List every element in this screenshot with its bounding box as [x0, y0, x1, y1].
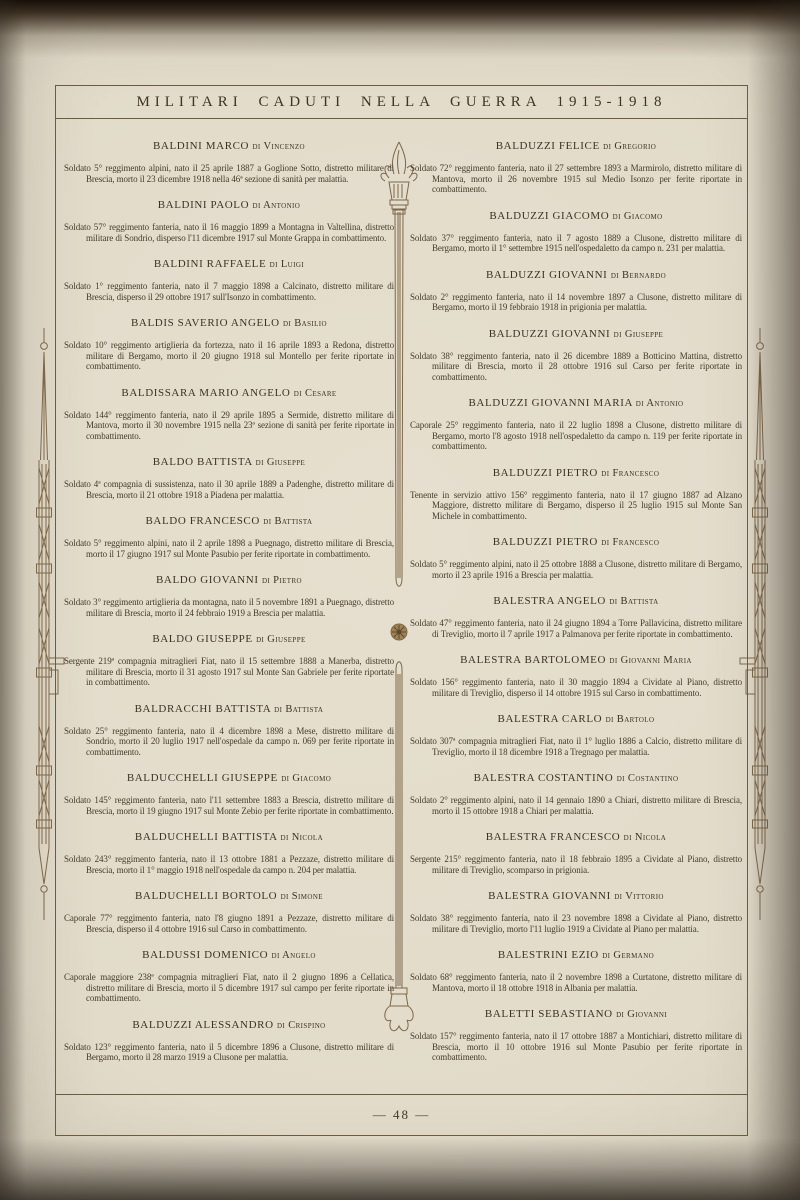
casualty-name-heading: BALDINI PAOLO di Antonio — [64, 199, 394, 211]
casualty-name-heading: BALESTRA CARLO di Bartolo — [410, 713, 742, 725]
casualty-details: Soldato 243° reggimento fanteria, nato i… — [64, 854, 394, 875]
casualty-name-heading: BALDUZZI GIOVANNI di Bernardo — [410, 269, 742, 281]
page-number: — 48 — — [373, 1107, 431, 1123]
casualty-details: Soldato 144° reggimento fanteria, nato i… — [64, 410, 394, 442]
casualty-entry: BALDINI RAFFAELE di Luigi Soldato 1° reg… — [64, 258, 394, 302]
casualty-entry: BALDO FRANCESCO di Battista Soldato 5° r… — [64, 515, 394, 559]
casualty-name-heading: BALDO GIOVANNI di Pietro — [64, 574, 394, 586]
casualty-surname-firstname: BALDUZZI GIOVANNI — [486, 269, 608, 281]
casualty-entry: BALESTRA CARLO di Bartolo Soldato 307ª c… — [410, 713, 742, 757]
casualty-patronymic: di Pietro — [262, 575, 302, 586]
casualty-details: Sergente 215° reggimento fanteria, nato … — [410, 854, 742, 875]
casualty-surname-firstname: BALESTRA FRANCESCO — [486, 831, 621, 843]
casualty-name-heading: BALDIS SAVERIO ANGELO di Basilio — [64, 317, 394, 329]
casualty-patronymic: di Simone — [281, 891, 323, 902]
casualty-surname-firstname: BALDUSSI DOMENICO — [142, 949, 268, 961]
column-right: BALDUZZI FELICE di Gregorio Soldato 72° … — [410, 140, 742, 1078]
casualty-name-heading: BALDUZZI FELICE di Gregorio — [410, 140, 742, 152]
casualty-surname-firstname: BALESTRA CARLO — [498, 713, 603, 725]
casualty-surname-firstname: BALDO GIUSEPPE — [152, 633, 252, 645]
casualty-details: Caporale 25° reggimento fanteria, nato i… — [410, 420, 742, 452]
casualty-list: BALDINI MARCO di Vincenzo Soldato 5° reg… — [56, 132, 747, 1090]
casualty-name-heading: BALETTI SEBASTIANO di Giovanni — [410, 1008, 742, 1020]
casualty-entry: BALESTRA GIOVANNI di Vittorio Soldato 38… — [410, 890, 742, 934]
casualty-surname-firstname: BALDUZZI FELICE — [496, 140, 600, 152]
casualty-surname-firstname: BALDINI RAFFAELE — [154, 258, 266, 270]
casualty-details: Soldato 68° reggimento fanteria, nato il… — [410, 972, 742, 993]
casualty-surname-firstname: BALDISSARA MARIO ANGELO — [121, 387, 290, 399]
casualty-details: Soldato 37° reggimento fanteria, nato il… — [410, 233, 742, 254]
casualty-details: Soldato 47° reggimento fanteria, nato il… — [410, 618, 742, 639]
casualty-details: Soldato 145° reggimento fanteria, nato l… — [64, 795, 394, 816]
casualty-patronymic: di Bernardo — [611, 270, 666, 281]
casualty-patronymic: di Giuseppe — [256, 634, 306, 645]
casualty-patronymic: di Crispino — [277, 1020, 326, 1031]
casualty-entry: BALDUSSI DOMENICO di Angelo Caporale mag… — [64, 949, 394, 1004]
casualty-surname-firstname: BALDO BATTISTA — [153, 456, 253, 468]
casualty-name-heading: BALDO BATTISTA di Giuseppe — [64, 456, 394, 468]
casualty-name-heading: BALDUSSI DOMENICO di Angelo — [64, 949, 394, 961]
casualty-details: Soldato 156° reggimento fanteria, nato i… — [410, 677, 742, 698]
casualty-surname-firstname: BALDO FRANCESCO — [145, 515, 259, 527]
casualty-patronymic: di Nicola — [624, 832, 667, 843]
casualty-surname-firstname: BALDIS SAVERIO ANGELO — [131, 317, 280, 329]
casualty-patronymic: di Vincenzo — [252, 141, 305, 152]
casualty-entry: BALDUZZI PIETRO di Francesco Tenente in … — [410, 467, 742, 522]
casualty-entry: BALDO GIUSEPPE di Giuseppe Sergente 219ª… — [64, 633, 394, 688]
casualty-details: Soldato 2° reggimento alpini, nato il 14… — [410, 795, 742, 816]
casualty-details: Soldato 157° reggimento fanteria, nato i… — [410, 1031, 742, 1063]
casualty-name-heading: BALESTRA FRANCESCO di Nicola — [410, 831, 742, 843]
casualty-patronymic: di Giuseppe — [614, 329, 664, 340]
casualty-entry: BALESTRINI EZIO di Germano Soldato 68° r… — [410, 949, 742, 993]
casualty-entry: BALDIS SAVERIO ANGELO di Basilio Soldato… — [64, 317, 394, 372]
casualty-name-heading: BALDO GIUSEPPE di Giuseppe — [64, 633, 394, 645]
casualty-details: Tenente in servizio attivo 156° reggimen… — [410, 490, 742, 522]
casualty-entry: BALDINI PAOLO di Antonio Soldato 57° reg… — [64, 199, 394, 243]
casualty-surname-firstname: BALDUCCHELLI GIUSEPPE — [127, 772, 278, 784]
casualty-patronymic: di Gregorio — [603, 141, 656, 152]
casualty-name-heading: BALESTRINI EZIO di Germano — [410, 949, 742, 961]
casualty-patronymic: di Antonio — [253, 200, 301, 211]
casualty-name-heading: BALDO FRANCESCO di Battista — [64, 515, 394, 527]
casualty-patronymic: di Francesco — [601, 537, 659, 548]
casualty-patronymic: di Basilio — [283, 318, 327, 329]
casualty-entry: BALDINI MARCO di Vincenzo Soldato 5° reg… — [64, 140, 394, 184]
casualty-name-heading: BALDUZZI GIOVANNI di Giuseppe — [410, 328, 742, 340]
casualty-name-heading: BALDISSARA MARIO ANGELO di Cesare — [64, 387, 394, 399]
casualty-name-heading: BALDUCHELLI BATTISTA di Nicola — [64, 831, 394, 843]
casualty-surname-firstname: BALESTRA COSTANTINO — [474, 772, 614, 784]
casualty-name-heading: BALESTRA ANGELO di Battista — [410, 595, 742, 607]
casualty-name-heading: BALESTRA GIOVANNI di Vittorio — [410, 890, 742, 902]
casualty-details: Soldato 57° reggimento fanteria, nato il… — [64, 222, 394, 243]
casualty-entry: BALESTRA BARTOLOMEO di Giovanni Maria So… — [410, 654, 742, 698]
casualty-entry: BALESTRA FRANCESCO di Nicola Sergente 21… — [410, 831, 742, 875]
casualty-entry: BALDUCCHELLI GIUSEPPE di Giacomo Soldato… — [64, 772, 394, 816]
casualty-surname-firstname: BALDO GIOVANNI — [156, 574, 259, 586]
casualty-name-heading: BALDUZZI ALESSANDRO di Crispino — [64, 1019, 394, 1031]
casualty-entry: BALDUZZI GIOVANNI MARIA di Antonio Capor… — [410, 397, 742, 452]
casualty-details: Soldato 5° reggimento alpini, nato il 2 … — [64, 538, 394, 559]
casualty-surname-firstname: BALDRACCHI BATTISTA — [135, 703, 271, 715]
page-frame: MILITARI CADUTI NELLA GUERRA 1915-1918 B… — [55, 85, 748, 1136]
casualty-patronymic: di Angelo — [272, 950, 316, 961]
casualty-name-heading: BALDINI RAFFAELE di Luigi — [64, 258, 394, 270]
casualty-entry: BALDUZZI GIACOMO di Giacomo Soldato 37° … — [410, 210, 742, 254]
casualty-surname-firstname: BALDUZZI ALESSANDRO — [132, 1019, 273, 1031]
casualty-name-heading: BALDRACCHI BATTISTA di Battista — [64, 703, 394, 715]
casualty-surname-firstname: BALDUZZI GIOVANNI — [489, 328, 611, 340]
casualty-surname-firstname: BALDUCHELLI BATTISTA — [135, 831, 277, 843]
casualty-patronymic: di Battista — [263, 516, 312, 527]
casualty-entry: BALESTRA ANGELO di Battista Soldato 47° … — [410, 595, 742, 639]
casualty-details: Soldato 72° reggimento fanteria, nato il… — [410, 163, 742, 195]
casualty-details: Sergente 219ª compagnia mitraglieri Fiat… — [64, 656, 394, 688]
casualty-details: Soldato 123° reggimento fanteria, nato i… — [64, 1042, 394, 1063]
casualty-patronymic: di Vittorio — [614, 891, 664, 902]
casualty-patronymic: di Battista — [274, 704, 323, 715]
page-footer: — 48 — — [56, 1094, 747, 1135]
casualty-details: Soldato 38° reggimento fanteria, nato il… — [410, 913, 742, 934]
casualty-name-heading: BALESTRA BARTOLOMEO di Giovanni Maria — [410, 654, 742, 666]
casualty-patronymic: di Cesare — [294, 388, 337, 399]
casualty-entry: BALDO GIOVANNI di Pietro Soldato 3° regg… — [64, 574, 394, 618]
casualty-surname-firstname: BALDUZZI PIETRO — [493, 467, 598, 479]
casualty-patronymic: di Giovanni — [616, 1009, 667, 1020]
casualty-entry: BALDUZZI GIOVANNI di Giuseppe Soldato 38… — [410, 328, 742, 383]
column-left: BALDINI MARCO di Vincenzo Soldato 5° reg… — [64, 140, 394, 1078]
casualty-details: Soldato 25° reggimento fanteria, nato il… — [64, 726, 394, 758]
casualty-patronymic: di Bartolo — [606, 714, 655, 725]
casualty-entry: BALESTRA COSTANTINO di Costantino Soldat… — [410, 772, 742, 816]
casualty-patronymic: di Luigi — [270, 259, 304, 270]
casualty-surname-firstname: BALESTRA GIOVANNI — [488, 890, 611, 902]
casualty-name-heading: BALDINI MARCO di Vincenzo — [64, 140, 394, 152]
casualty-name-heading: BALDUZZI PIETRO di Francesco — [410, 536, 742, 548]
casualty-surname-firstname: BALDINI PAOLO — [158, 199, 249, 211]
casualty-details: Caporale maggiore 238ª compagnia mitragl… — [64, 972, 394, 1004]
casualty-details: Soldato 4ª compagnia di sussistenza, nat… — [64, 479, 394, 500]
casualty-details: Soldato 307ª compagnia mitraglieri Fiat,… — [410, 736, 742, 757]
page-header: MILITARI CADUTI NELLA GUERRA 1915-1918 — [56, 86, 747, 119]
casualty-name-heading: BALDUZZI GIACOMO di Giacomo — [410, 210, 742, 222]
casualty-patronymic: di Francesco — [601, 468, 659, 479]
casualty-details: Soldato 3° reggimento artiglieria da mon… — [64, 597, 394, 618]
casualty-name-heading: BALDUCCHELLI GIUSEPPE di Giacomo — [64, 772, 394, 784]
casualty-entry: BALETTI SEBASTIANO di Giovanni Soldato 1… — [410, 1008, 742, 1063]
casualty-details: Soldato 38° reggimento fanteria, nato il… — [410, 351, 742, 383]
casualty-details: Caporale 77° reggimento fanteria, nato l… — [64, 913, 394, 934]
casualty-entry: BALDISSARA MARIO ANGELO di Cesare Soldat… — [64, 387, 394, 442]
casualty-details: Soldato 5° reggimento alpini, nato il 25… — [64, 163, 394, 184]
casualty-entry: BALDO BATTISTA di Giuseppe Soldato 4ª co… — [64, 456, 394, 500]
casualty-surname-firstname: BALESTRA ANGELO — [493, 595, 606, 607]
casualty-entry: BALDRACCHI BATTISTA di Battista Soldato … — [64, 703, 394, 758]
casualty-surname-firstname: BALESTRINI EZIO — [498, 949, 599, 961]
casualty-surname-firstname: BALDUZZI GIOVANNI MARIA — [469, 397, 633, 409]
casualty-details: Soldato 2° reggimento fanteria, nato il … — [410, 292, 742, 313]
casualty-surname-firstname: BALDUZZI PIETRO — [493, 536, 598, 548]
casualty-surname-firstname: BALDUCHELLI BORTOLO — [135, 890, 277, 902]
casualty-details: Soldato 10° reggimento artiglieria da fo… — [64, 340, 394, 372]
book-page: MILITARI CADUTI NELLA GUERRA 1915-1918 B… — [0, 0, 800, 1200]
casualty-patronymic: di Giacomo — [613, 211, 663, 222]
casualty-patronymic: di Battista — [609, 596, 658, 607]
casualty-details: Soldato 1° reggimento fanteria, nato il … — [64, 281, 394, 302]
casualty-patronymic: di Giuseppe — [256, 457, 306, 468]
casualty-surname-firstname: BALDINI MARCO — [153, 140, 249, 152]
casualty-entry: BALDUZZI GIOVANNI di Bernardo Soldato 2°… — [410, 269, 742, 313]
casualty-surname-firstname: BALESTRA BARTOLOMEO — [460, 654, 606, 666]
casualty-entry: BALDUCHELLI BATTISTA di Nicola Soldato 2… — [64, 831, 394, 875]
casualty-details: Soldato 5° reggimento alpini, nato il 25… — [410, 559, 742, 580]
casualty-entry: BALDUZZI PIETRO di Francesco Soldato 5° … — [410, 536, 742, 580]
casualty-name-heading: BALDUZZI GIOVANNI MARIA di Antonio — [410, 397, 742, 409]
casualty-name-heading: BALDUCHELLI BORTOLO di Simone — [64, 890, 394, 902]
casualty-surname-firstname: BALETTI SEBASTIANO — [485, 1008, 613, 1020]
page-title: MILITARI CADUTI NELLA GUERRA 1915-1918 — [136, 94, 666, 111]
casualty-patronymic: di Antonio — [636, 398, 684, 409]
casualty-patronymic: di Nicola — [280, 832, 323, 843]
casualty-patronymic: di Giovanni Maria — [609, 655, 692, 666]
casualty-surname-firstname: BALDUZZI GIACOMO — [489, 210, 609, 222]
casualty-patronymic: di Costantino — [617, 773, 679, 784]
casualty-name-heading: BALDUZZI PIETRO di Francesco — [410, 467, 742, 479]
casualty-patronymic: di Germano — [602, 950, 654, 961]
casualty-patronymic: di Giacomo — [281, 773, 331, 784]
casualty-name-heading: BALESTRA COSTANTINO di Costantino — [410, 772, 742, 784]
casualty-entry: BALDUCHELLI BORTOLO di Simone Caporale 7… — [64, 890, 394, 934]
casualty-entry: BALDUZZI FELICE di Gregorio Soldato 72° … — [410, 140, 742, 195]
casualty-entry: BALDUZZI ALESSANDRO di Crispino Soldato … — [64, 1019, 394, 1063]
